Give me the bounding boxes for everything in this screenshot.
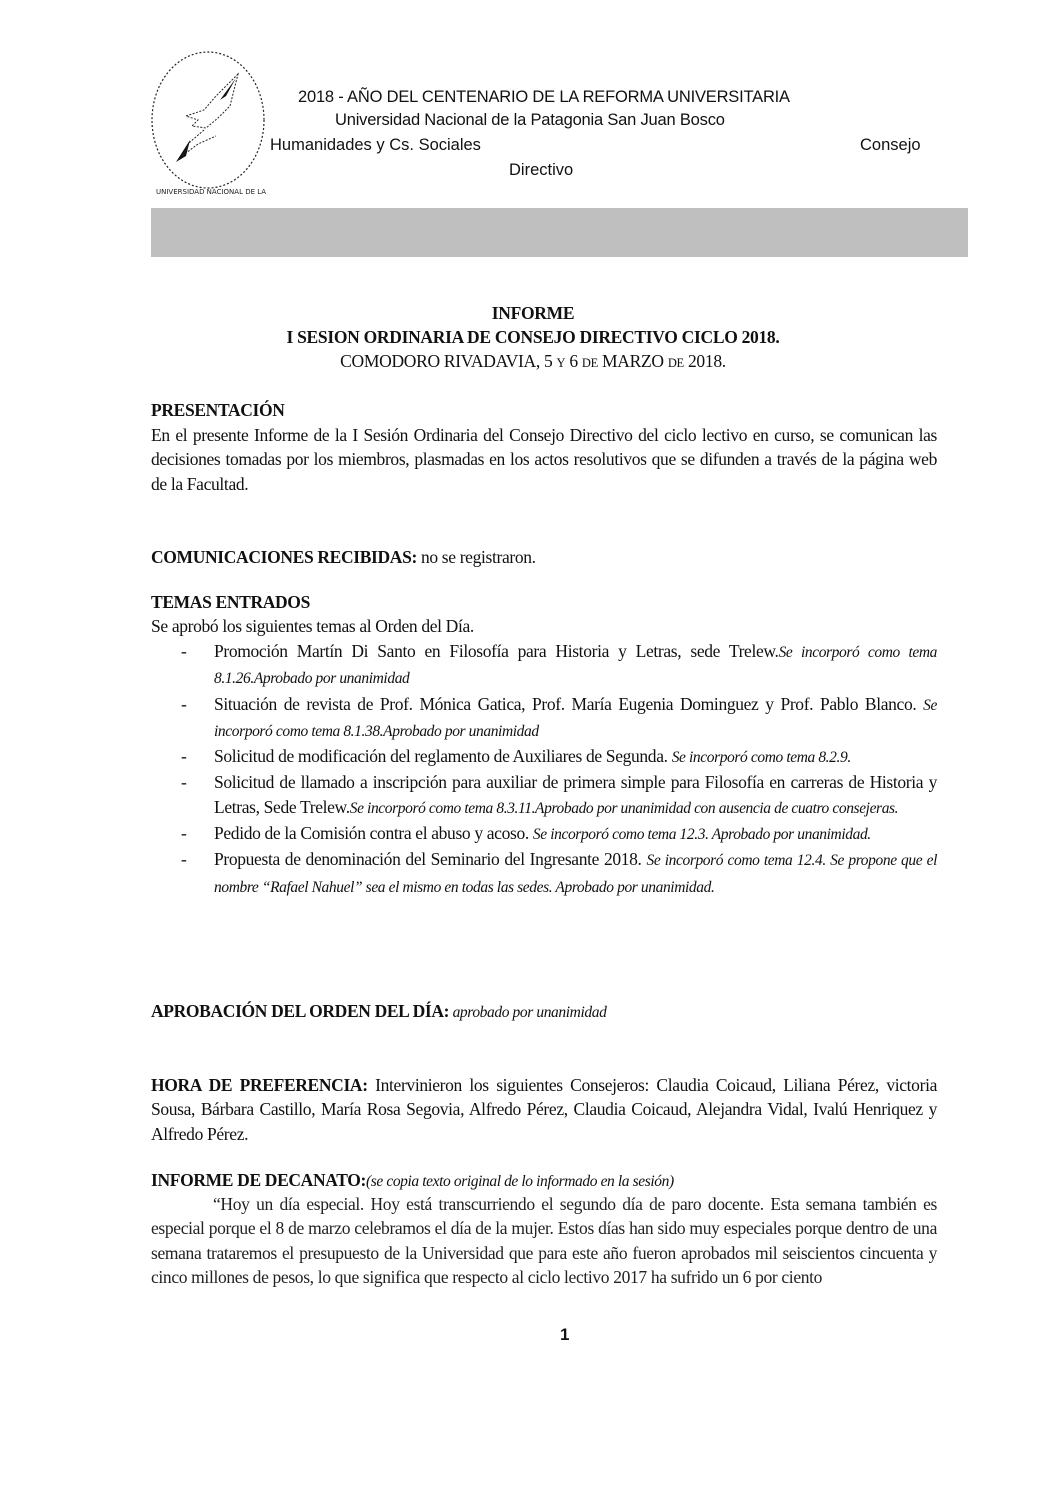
report-subtitle: I SESION ORDINARIA DE CONSEJO DIRECTIVO … <box>151 327 915 348</box>
dash-bullet: - <box>181 847 186 871</box>
item-text: Solicitud de modificación del reglamento… <box>214 746 672 766</box>
hora-preferencia-section: HORA DE PREFERENCIA: Intervinieron los s… <box>151 1073 937 1146</box>
item-text: Promoción Martín Di Santo en Filosofía p… <box>214 641 779 661</box>
presentacion-paragraph: En el presente Informe de la I Sesión Or… <box>151 423 937 496</box>
aprobacion-label: APROBACIÓN DEL ORDEN DEL DÍA: <box>151 1001 449 1021</box>
date-part: DE <box>582 356 598 370</box>
comunicaciones-label: COMUNICACIONES RECIBIDAS: <box>151 547 417 567</box>
date-part: Y <box>557 356 566 370</box>
date-part: 6 <box>565 351 582 371</box>
aprobacion-section: APROBACIÓN DEL ORDEN DEL DÍA: aprobado p… <box>151 999 937 1025</box>
decanato-note: (se copia texto original de lo informado… <box>366 1173 674 1190</box>
header-line-consejo: Consejo <box>860 136 921 155</box>
section-heading-temas-entrados: TEMAS ENTRADOS <box>151 590 937 614</box>
decanato-paragraph: “Hoy un día especial. Hoy está transcurr… <box>151 1192 937 1289</box>
decanato-heading: INFORME DE DECANATO:(se copia texto orig… <box>151 1168 937 1194</box>
temas-intro: Se aprobó los siguientes temas al Orden … <box>151 614 937 638</box>
item-note: Se incorporó como tema 8.2.9. <box>672 749 851 766</box>
date-part: 2018. <box>684 351 726 371</box>
university-seal-bird-icon: UNIVERSIDAD NACIONAL DE LA <box>146 44 278 196</box>
hora-preferencia-label: HORA DE PREFERENCIA: <box>151 1075 368 1095</box>
comunicaciones-text: no se registraron. <box>417 547 536 567</box>
report-title: INFORME <box>151 303 915 324</box>
dash-bullet: - <box>181 744 186 768</box>
list-item: -Propuesta de denominación del Seminario… <box>151 847 937 900</box>
date-part: COMODORO RIVADAVIA, 5 <box>340 351 556 371</box>
dash-bullet: - <box>181 692 186 716</box>
date-part: DE <box>668 356 684 370</box>
item-note: Se incorporó como tema 8.3.11.Aprobado p… <box>350 800 898 817</box>
dash-bullet: - <box>181 821 186 845</box>
section-heading-presentacion: PRESENTACIÓN <box>151 398 937 422</box>
list-item: -Pedido de la Comisión contra el abuso y… <box>151 821 937 847</box>
item-note: Se incorporó como tema 12.3. Aprobado po… <box>533 826 871 843</box>
list-item: -Promoción Martín Di Santo en Filosofía … <box>151 639 937 692</box>
header-line-centenario: 2018 - AÑO DEL CENTENARIO DE LA REFORMA … <box>298 88 790 107</box>
report-location-date: COMODORO RIVADAVIA, 5 Y 6 DE MARZO DE 20… <box>151 351 915 372</box>
header-grey-band <box>151 208 968 257</box>
dash-bullet: - <box>181 770 186 794</box>
list-item: -Solicitud de llamado a inscripción para… <box>151 770 937 821</box>
header-line-faculty: Humanidades y Cs. Sociales <box>270 136 481 155</box>
date-part: MARZO <box>598 351 668 371</box>
item-text: Pedido de la Comisión contra el abuso y … <box>214 823 533 843</box>
svg-text:UNIVERSIDAD NACIONAL DE LA: UNIVERSIDAD NACIONAL DE LA <box>156 188 266 196</box>
temas-list: -Promoción Martín Di Santo en Filosofía … <box>151 639 937 900</box>
list-item: -Solicitud de modificación del reglament… <box>151 744 937 770</box>
header-line-directivo: Directivo <box>509 161 573 180</box>
header-line-university: Universidad Nacional de la Patagonia San… <box>335 111 725 130</box>
dash-bullet: - <box>181 639 186 663</box>
item-text: Situación de revista de Prof. Mónica Gat… <box>214 694 923 714</box>
comunicaciones-section: COMUNICACIONES RECIBIDAS: no se registra… <box>151 545 937 569</box>
aprobacion-text: aprobado por unanimidad <box>449 1004 606 1021</box>
decanato-label: INFORME DE DECANATO: <box>151 1170 366 1190</box>
university-seal-logo: UNIVERSIDAD NACIONAL DE LA <box>146 44 278 196</box>
page-number: 1 <box>560 1325 600 1345</box>
list-item: -Situación de revista de Prof. Mónica Ga… <box>151 692 937 745</box>
item-text: Propuesta de denominación del Seminario … <box>214 849 647 869</box>
